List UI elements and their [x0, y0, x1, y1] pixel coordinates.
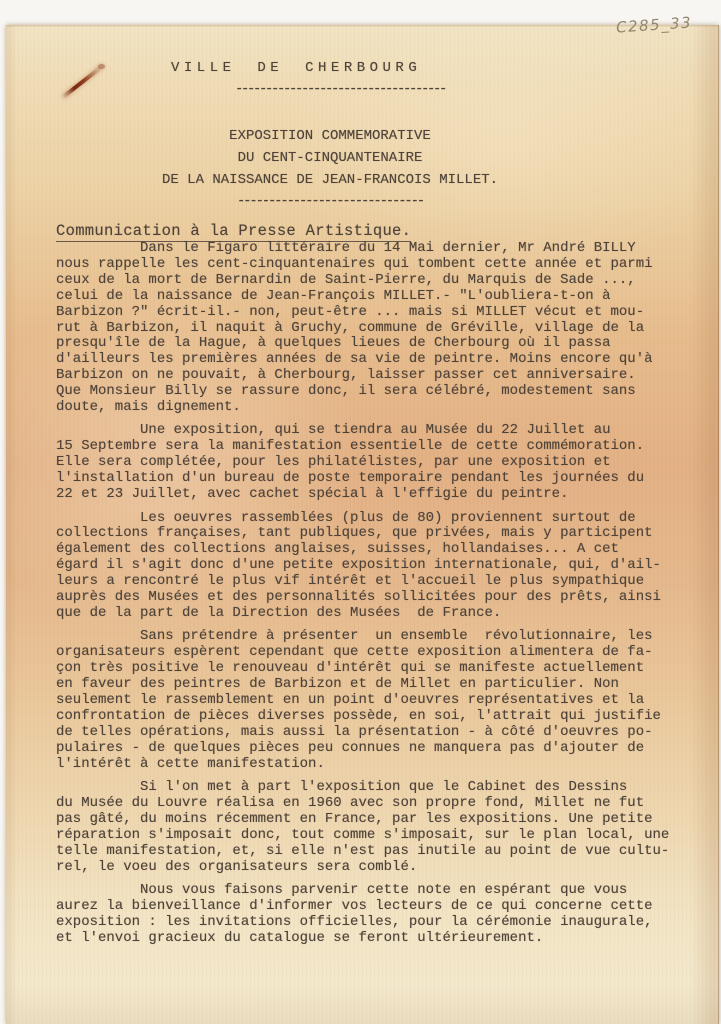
title-line: DU CENT-CINQUANTENAIRE — [110, 148, 550, 170]
paragraph: Les oeuvres rassemblées (plus de 80) pro… — [56, 511, 688, 622]
press-heading: Communication à la Presse Artistique. — [56, 222, 411, 242]
paragraph: Sans prétendre à présenter un ensemble r… — [56, 629, 688, 772]
rust-stain — [62, 66, 101, 98]
paragraph: Dans le Figaro littéraire du 14 Mai dern… — [56, 241, 688, 416]
title-line: EXPOSITION COMMEMORATIVE — [110, 126, 550, 148]
rust-stain-dot — [98, 64, 105, 69]
city-title: VILLE DE CHERBOURG — [171, 60, 421, 76]
title-block: EXPOSITION COMMEMORATIVE DU CENT-CINQUAN… — [110, 126, 550, 213]
header-rule: ----------------------------------- — [235, 81, 445, 97]
title-rule: ------------------------------ — [110, 191, 550, 213]
paragraph: Nous vous faisons parvenir cette note en… — [56, 883, 688, 947]
paragraph: Une exposition, qui se tiendra au Musée … — [56, 423, 688, 503]
title-line: DE LA NAISSANCE DE JEAN-FRANCOIS MILLET. — [110, 170, 550, 192]
scan-background: VILLE DE CHERBOURG ---------------------… — [0, 0, 721, 1024]
press-heading-text: Communication à la Presse Artistique. — [56, 222, 411, 242]
document-page: VILLE DE CHERBOURG ---------------------… — [6, 25, 719, 1024]
paragraph: Si l'on met à part l'exposition que le C… — [56, 780, 688, 875]
press-body: Dans le Figaro littéraire du 14 Mai dern… — [56, 241, 688, 954]
